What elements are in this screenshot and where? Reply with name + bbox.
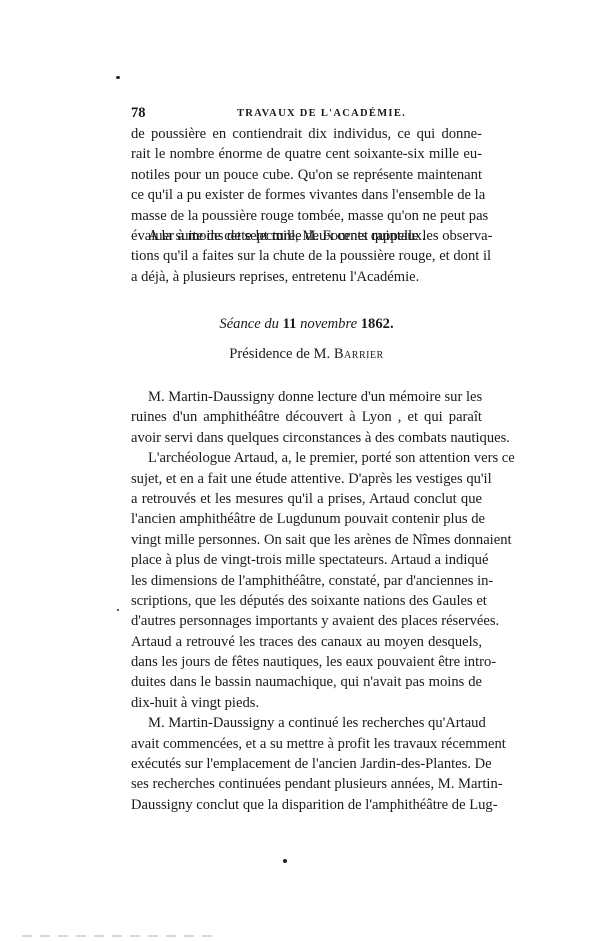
ink-speck <box>117 609 119 611</box>
text-line: Daussigny conclut que la disparition de … <box>131 795 482 815</box>
text-line: a déjà, à plusieurs reprises, entretenu … <box>131 267 482 287</box>
text-line: sujet, et en a fait une étude attentive.… <box>131 469 482 489</box>
text-line: exécutés sur l'emplacement de l'ancien J… <box>131 754 482 774</box>
page-header: 78 TRAVAUX DE L'ACADÉMIE. <box>131 104 482 122</box>
session-year: 1862. <box>361 316 394 332</box>
paragraph-martin-daussigny: M. Martin-Daussigny donne lecture d'un m… <box>131 387 482 815</box>
session-day: 11 <box>283 316 297 332</box>
text-line: d'autres personnages importants y avaien… <box>131 611 482 631</box>
text-line: M. Martin-Daussigny donne lecture d'un m… <box>131 387 482 407</box>
text-line: a retrouvés et les mesures qu'il a prise… <box>131 489 482 509</box>
presidency-heading: Présidence de M. Barrier <box>131 344 482 364</box>
text-line: avoir servi dans quelques circonstances … <box>131 428 482 448</box>
text-line: les dimensions de l'amphithéâtre, consta… <box>131 571 482 591</box>
text-line: A la suite de cette lecture, M. Fournet … <box>131 226 482 246</box>
document-page: 78 TRAVAUX DE L'ACADÉMIE. de poussière e… <box>0 0 600 941</box>
text-line: tions qu'il a faites sur la chute de la … <box>131 246 482 266</box>
text-line: scriptions, que les députés des soixante… <box>131 591 482 611</box>
paragraph-fournet: A la suite de cette lecture, M. Fournet … <box>131 226 482 287</box>
text-line: ses recherches continuées pendant plusie… <box>131 774 482 794</box>
ink-speck <box>116 76 120 79</box>
session-prefix: Séance du <box>219 316 279 332</box>
session-month: novembre <box>300 316 357 332</box>
presidency-prefix: Présidence de M. <box>229 346 330 362</box>
text-line: de poussière en contiendrait dix individ… <box>131 124 482 144</box>
text-line: avait commencées, et a su mettre à profi… <box>131 734 482 754</box>
ink-speck <box>283 859 287 863</box>
text-line: Artaud a retrouvé les traces des canaux … <box>131 632 482 652</box>
text-line: notiles pour un pouce cube. Qu'on se rep… <box>131 165 482 185</box>
text-line: L'archéologue Artaud, a, le premier, por… <box>131 448 482 468</box>
scan-artifact <box>22 935 212 937</box>
text-line: dix-huit à vingt pieds. <box>131 693 482 713</box>
text-line: ce qu'il a pu exister de formes vivantes… <box>131 185 482 205</box>
running-title: TRAVAUX DE L'ACADÉMIE. <box>131 105 482 123</box>
text-line: rait le nombre énorme de quatre cent soi… <box>131 144 482 164</box>
text-line: l'ancien amphithéâtre de Lugdunum pouvai… <box>131 509 482 529</box>
text-line: masse de la poussière rouge tombée, mass… <box>131 206 482 226</box>
text-line: M. Martin-Daussigny a continué les reche… <box>131 713 482 733</box>
text-line: place à plus de vingt-trois mille specta… <box>131 550 482 570</box>
text-line: ruines d'un amphithéâtre découvert à Lyo… <box>131 407 482 427</box>
text-line: vingt mille personnes. On sait que les a… <box>131 530 482 550</box>
president-name: Barrier <box>334 346 384 362</box>
text-line: duites dans le bassin naumachique, qui n… <box>131 672 482 692</box>
session-heading: Séance du 11 novembre 1862. <box>131 314 482 334</box>
text-line: dans les jours de fêtes nautiques, les e… <box>131 652 482 672</box>
